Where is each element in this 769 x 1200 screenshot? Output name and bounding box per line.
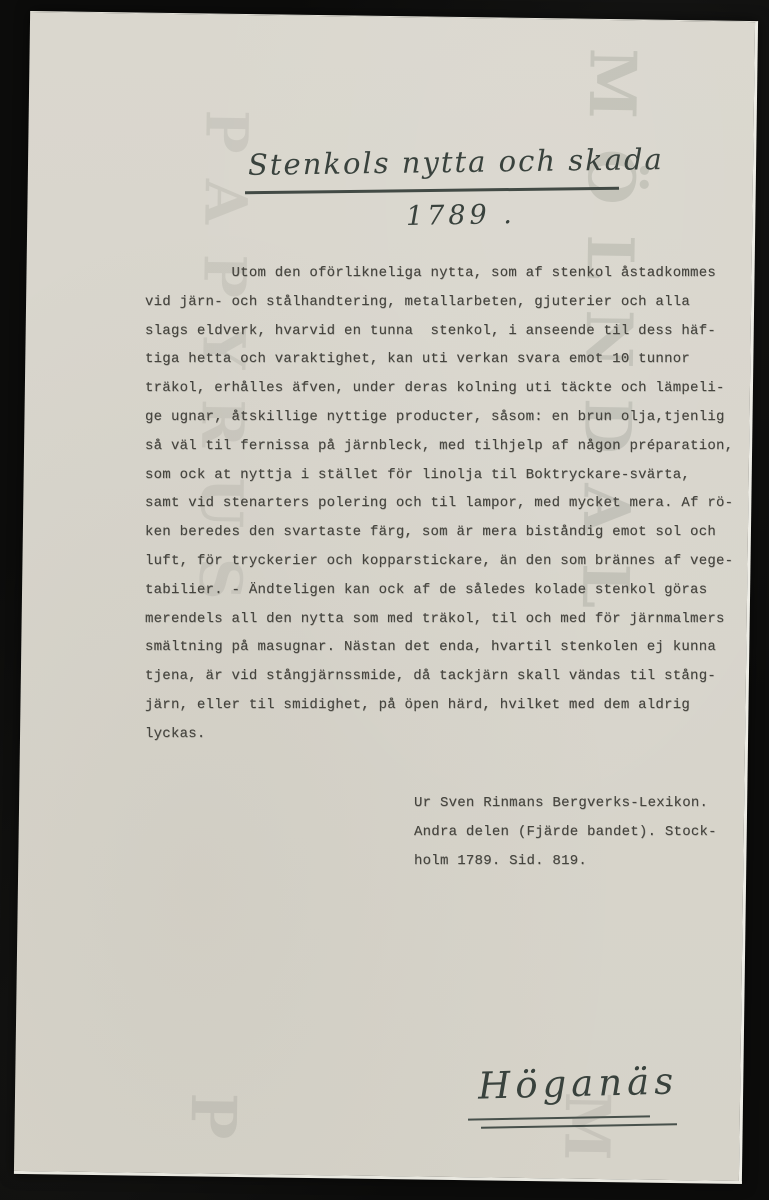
scan-background: MÖLNDAL PAPYRUS P M Stenkols nytta och s… <box>0 0 769 1200</box>
handwritten-year: 1789 . <box>406 199 516 232</box>
signature-underline-top <box>468 1115 650 1120</box>
citation-line: holm 1789. Sid. 819. <box>414 847 717 876</box>
typed-body-line: järn, eller til smidighet, på öpen härd,… <box>145 691 733 720</box>
typed-body-line: träkol, erhålles äfven, under deras koln… <box>145 374 733 403</box>
citation-line: Andra delen (Fjärde bandet). Stock- <box>414 818 717 847</box>
title-underline <box>245 187 619 194</box>
typed-body-line: som ock at nyttja i stället för linolja … <box>145 461 733 490</box>
typed-body-line: merendels all den nytta som med träkol, … <box>145 605 733 634</box>
typed-body-line: lyckas. <box>145 720 733 749</box>
typed-body-line: slags eldverk, hvarvid en tunna stenkol,… <box>145 317 733 346</box>
signature-underline-bottom <box>481 1123 677 1128</box>
typed-body-line: vid järn- och stålhandtering, metallarbe… <box>145 288 733 317</box>
typed-body-line: tabilier. - Ändteligen kan ock af de sål… <box>145 576 733 605</box>
typed-body-paragraph: Utom den oförlikneliga nytta, som af ste… <box>145 259 733 749</box>
typed-body-line: så väl til fernissa på järnbleck, med ti… <box>145 432 733 461</box>
typed-body-line: smältning på masugnar. Nästan det enda, … <box>145 633 733 662</box>
typed-body-line: tiga hetta och varaktighet, kan uti verk… <box>145 345 733 374</box>
handwritten-signature: Höganäs <box>477 1059 678 1107</box>
handwritten-title: Stenkols nytta och skada <box>248 142 664 182</box>
citation-block: Ur Sven Rinmans Bergverks-Lexikon.Andra … <box>414 789 717 875</box>
typed-body-line: samt vid stenarters polering och til lam… <box>145 489 733 518</box>
citation-line: Ur Sven Rinmans Bergverks-Lexikon. <box>414 789 717 818</box>
document-content: Stenkols nytta och skada 1789 . Utom den… <box>0 0 769 1200</box>
typed-body-line: ge ugnar, åtskillige nyttige producter, … <box>145 403 733 432</box>
typed-body-line: ken beredes den svartaste färg, som är m… <box>145 518 733 547</box>
typed-body-line: Utom den oförlikneliga nytta, som af ste… <box>145 259 733 288</box>
typed-body-line: luft, för tryckerier och kopparstickare,… <box>145 547 733 576</box>
typed-body-line: tjena, är vid stångjärnssmide, då tackjä… <box>145 662 733 691</box>
